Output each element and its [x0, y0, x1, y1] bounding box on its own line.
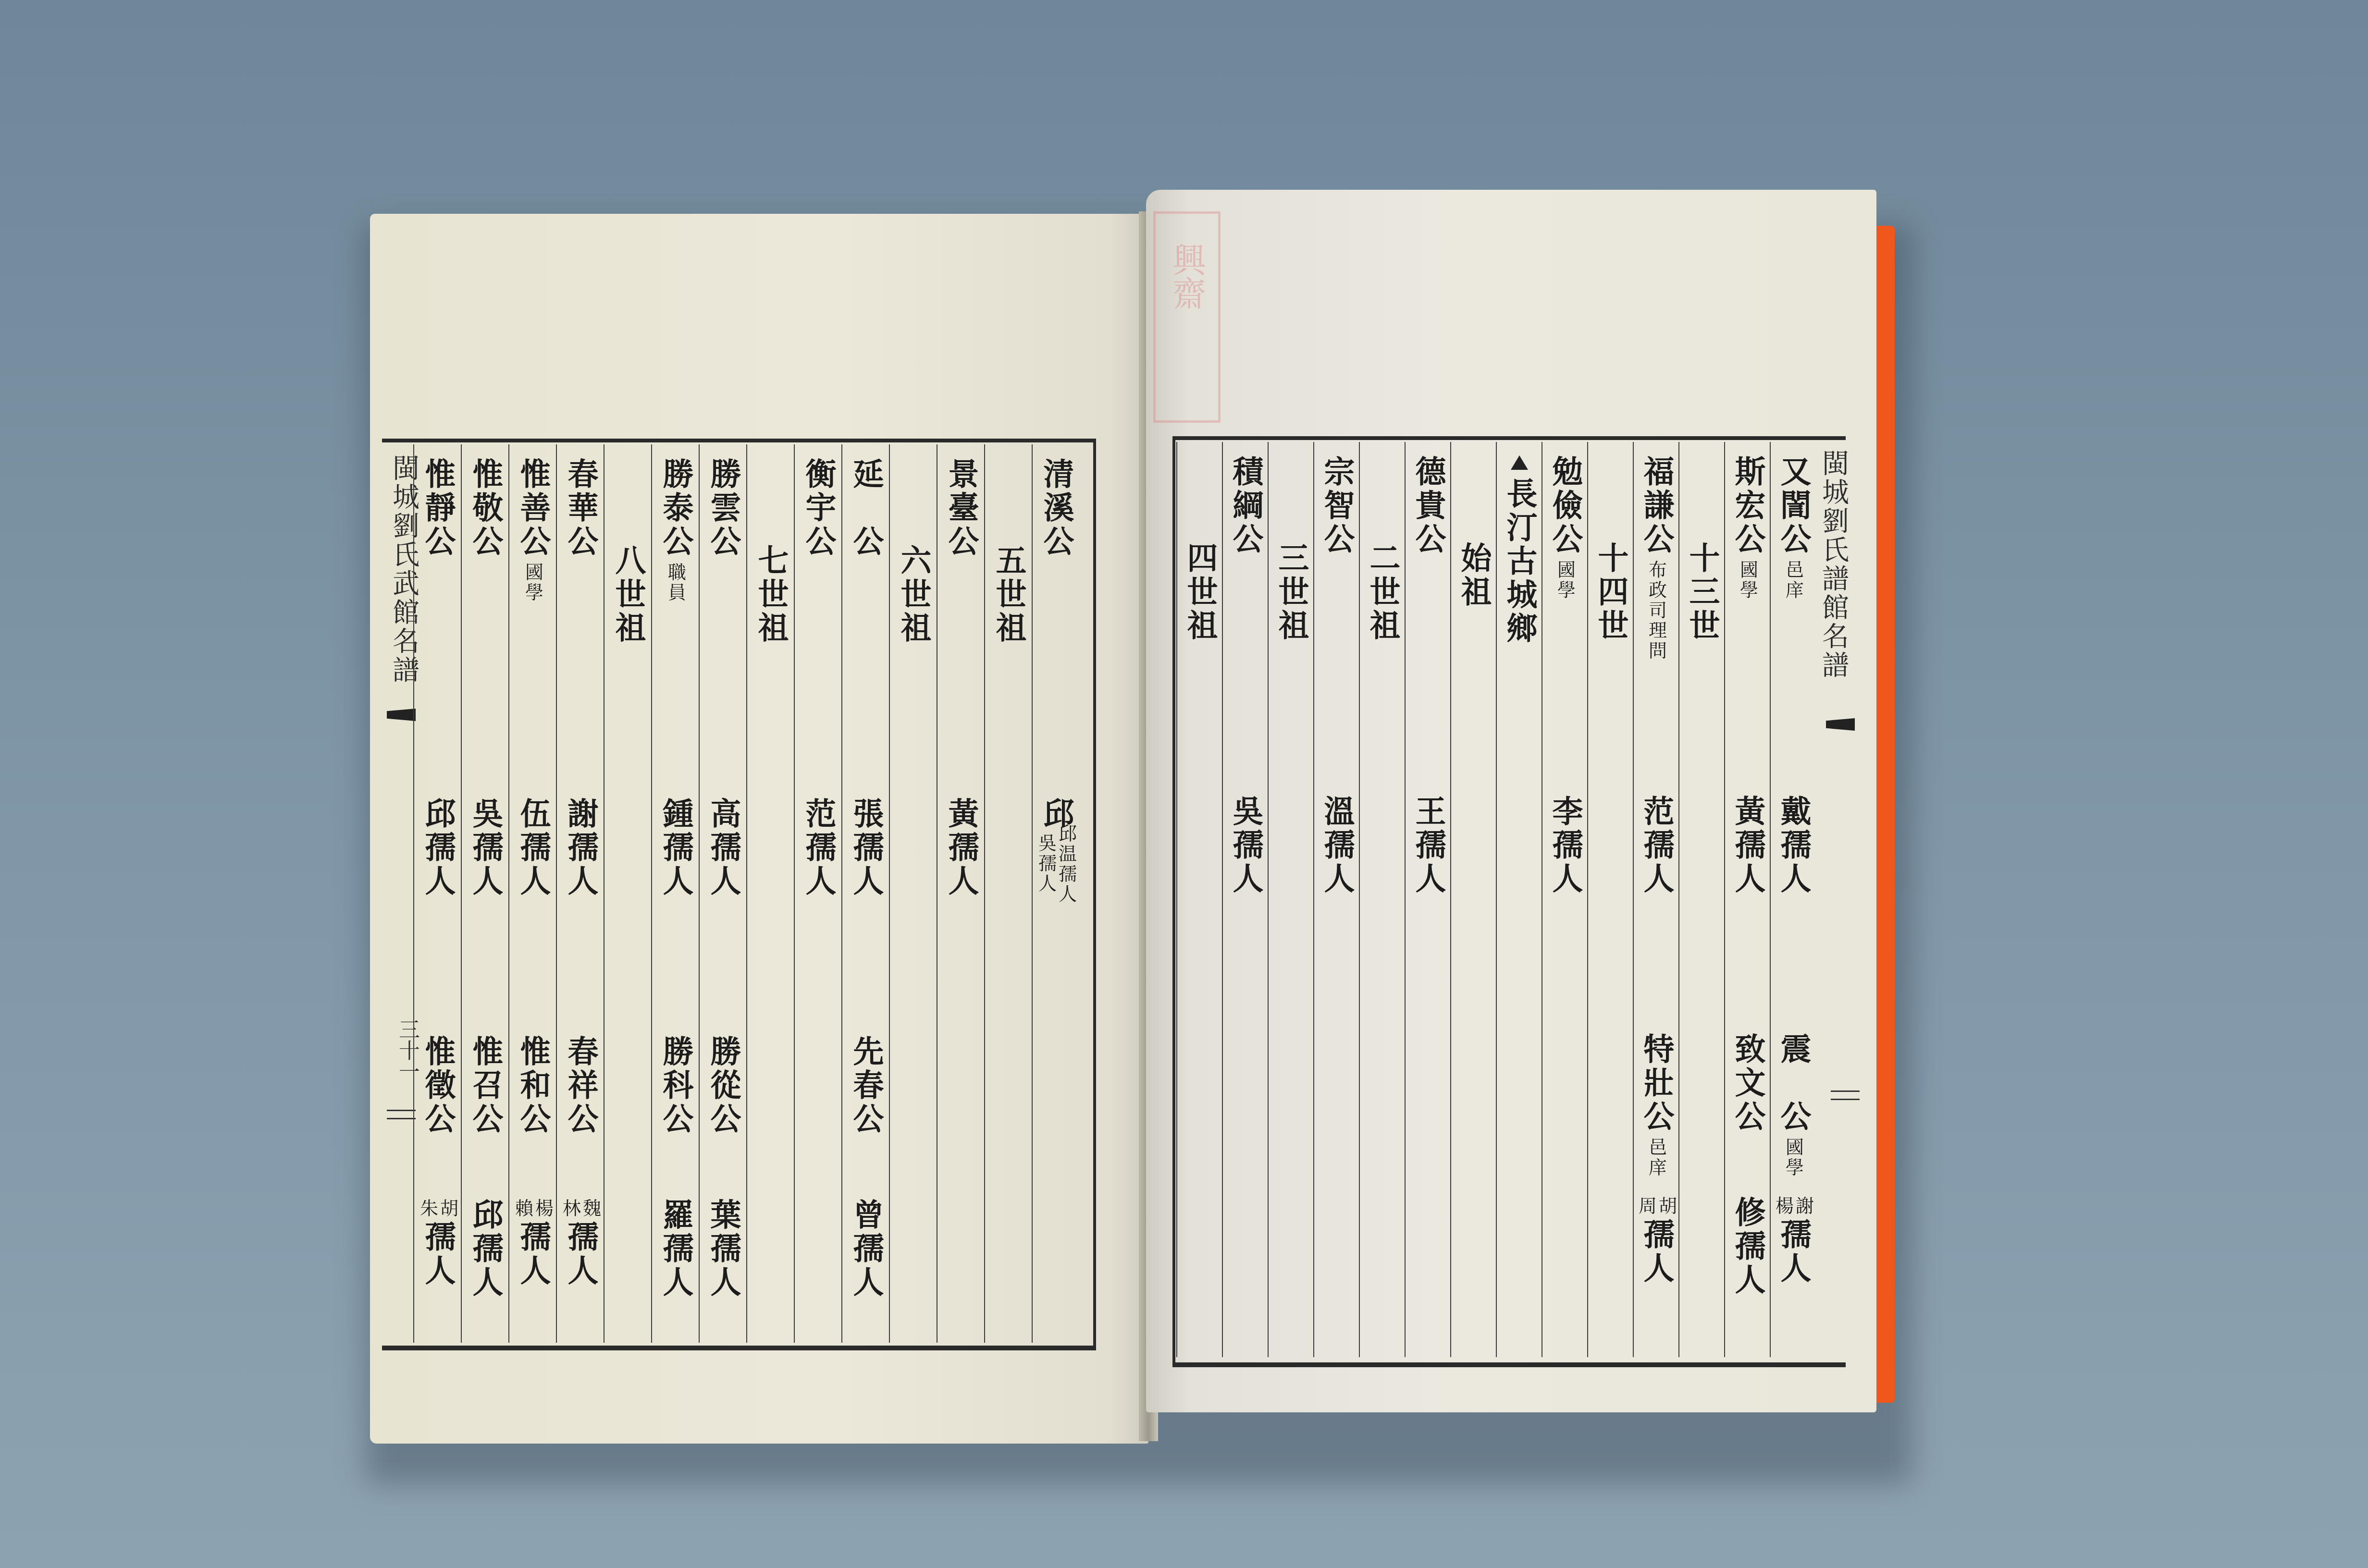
title-note: 布政司理問 — [1647, 560, 1665, 661]
ancestor-name: 清溪公 — [1041, 458, 1072, 559]
spouse-title: 孺人 — [565, 1221, 596, 1288]
entry-column: 又誾公 邑庠 戴孺人 震 公 國學 謝 楊 孺人 — [1770, 442, 1815, 1357]
spouse-title: 孺人 — [1778, 1218, 1809, 1286]
entry-column: 宗智公 溫孺人 — [1313, 442, 1359, 1357]
red-seal-stamp: 興齋 — [1153, 211, 1221, 423]
generation-column: 四世祖 — [1176, 442, 1222, 1357]
entry-column: 福謙公 布政司理問 范孺人 特壯公 邑庠 胡 周 孺人 — [1633, 442, 1678, 1357]
ancestor-name: 德貴公 — [1413, 455, 1443, 556]
entry-column: 景臺公 黃孺人 — [937, 444, 984, 1343]
ancestor-name: 惟敬公 — [470, 458, 501, 559]
generation-column: 十三世 — [1678, 442, 1724, 1357]
spouse-name: 范孺人 — [1641, 795, 1672, 896]
ancestor-name: 惟善公 — [518, 458, 548, 559]
spouse-name: 戴孺人 — [1778, 795, 1809, 896]
ancestor-name: 福謙公 — [1641, 455, 1672, 556]
spouse-surname: 周 — [1637, 1196, 1655, 1216]
descendant-name: 特壯公 — [1641, 1033, 1672, 1134]
spouse-title: 孺人 — [1641, 1218, 1672, 1286]
spouse-surname: 賴 — [514, 1199, 532, 1219]
descendant-name: 惟召公 — [470, 1035, 501, 1136]
title-note: 邑庠 — [1784, 560, 1802, 600]
spouse-name: 邱孺人 — [422, 797, 453, 898]
generation-label: 六世祖 — [898, 544, 929, 645]
descendant-name: 惟徵公 — [422, 1035, 453, 1136]
entry-column: 勝雲公 高孺人 勝從公 葉孺人 — [699, 444, 746, 1343]
spouse-name: 黃孺人 — [946, 797, 976, 898]
generation-label: 五世祖 — [993, 544, 1024, 645]
spouse-surname: 魏 — [581, 1199, 600, 1219]
double-rule-mark — [387, 1110, 416, 1119]
title-note: 國學 — [1556, 560, 1574, 600]
spouse-note: 邱温孺人 — [1057, 824, 1075, 905]
generation-column: 六世祖 — [889, 444, 937, 1343]
generation-label: 十四世 — [1595, 542, 1626, 643]
title-note: 職員 — [666, 563, 685, 603]
right-columns: 又誾公 邑庠 戴孺人 震 公 國學 謝 楊 孺人 斯宏公 國學 黃孺人 致文公 … — [1176, 442, 1815, 1357]
descendant-name: 春祥公 — [565, 1035, 596, 1136]
spouse-name: 王孺人 — [1413, 795, 1443, 896]
generation-column: 八世祖 — [604, 444, 651, 1343]
ancestor-name: 宗智公 — [1321, 455, 1352, 556]
spouse-name: 鍾孺人 — [660, 797, 691, 898]
entry-column: 延 公 張孺人 先春公 曾孺人 — [841, 444, 889, 1343]
generation-column: 二世祖 — [1359, 442, 1405, 1357]
generation-column: 始祖 — [1450, 442, 1496, 1357]
entry-column: 惟善公 國學 伍孺人 惟和公 楊 賴 孺人 — [508, 444, 556, 1343]
ancestor-name: 勝泰公 — [660, 458, 691, 559]
entry-column: 德貴公 王孺人 — [1405, 442, 1450, 1357]
place-column: 長汀古城鄉 — [1496, 442, 1542, 1357]
descendant-name: 先春公 — [851, 1035, 881, 1136]
generation-column: 三世祖 — [1268, 442, 1313, 1357]
generation-label: 三世祖 — [1276, 542, 1307, 643]
double-rule-mark — [1831, 1090, 1860, 1100]
place-name: 長汀古城鄉 — [1504, 478, 1535, 646]
descendant-name: 致文公 — [1732, 1033, 1763, 1134]
ancestor-name: 斯宏公 — [1732, 455, 1763, 556]
spouse-name: 高孺人 — [708, 797, 739, 898]
spouse-note: 吳孺人 — [1037, 833, 1055, 905]
generation-label: 七世祖 — [755, 544, 786, 645]
spouse-name: 溫孺人 — [1321, 795, 1352, 896]
spouse-name: 邱孺人 — [470, 1199, 501, 1299]
spouse-title: 孺人 — [422, 1221, 453, 1288]
ancestor-name: 惟靜公 — [422, 458, 453, 559]
spouse-surname: 胡 — [439, 1199, 457, 1219]
spouse-name: 葉孺人 — [708, 1199, 739, 1299]
right-gutter-title: 閩城劉氏譜館名譜 — [1814, 449, 1852, 680]
spouse-name: 李孺人 — [1550, 795, 1580, 896]
spouse-name: 伍孺人 — [518, 797, 548, 898]
left-columns: 清溪公 邱 邱温孺人 吳孺人 五世祖 景臺公 黃孺人 六世祖 延 公 張孺人 先… — [413, 444, 1079, 1343]
spouse-surname: 楊 — [1774, 1196, 1792, 1216]
spouse-name: 范孺人 — [803, 797, 834, 898]
spouse-surname: 林 — [561, 1199, 580, 1219]
title-note: 國學 — [1784, 1138, 1802, 1178]
ancestor-name: 春華公 — [565, 458, 596, 559]
entry-column: 惟靜公 邱孺人 惟徵公 胡 朱 孺人 — [413, 444, 461, 1343]
generation-label: 十三世 — [1687, 542, 1717, 643]
spouse-surname: 朱 — [419, 1199, 437, 1219]
spouse-surname: 楊 — [534, 1199, 552, 1219]
spouse-title: 孺人 — [518, 1221, 548, 1288]
title-note: 國學 — [524, 563, 542, 603]
ancestor-name: 勝雲公 — [708, 458, 739, 559]
generation-column: 十四世 — [1587, 442, 1633, 1357]
descendant-name: 惟和公 — [518, 1035, 548, 1136]
spouse-name: 曾孺人 — [851, 1199, 881, 1299]
title-note: 國學 — [1739, 560, 1757, 600]
spouse-surname: 胡 — [1657, 1196, 1676, 1216]
generation-label: 八世祖 — [613, 544, 643, 645]
entry-column: 勝泰公 職員 鍾孺人 勝科公 羅孺人 — [651, 444, 699, 1343]
ancestor-name: 勉儉公 — [1550, 455, 1580, 556]
generation-label: 四世祖 — [1184, 542, 1215, 643]
entry-column: 積綱公 吳孺人 — [1222, 442, 1268, 1357]
entry-column: 春華公 謝孺人 春祥公 魏 林 孺人 — [556, 444, 604, 1343]
entry-column: 勉儉公 國學 李孺人 — [1542, 442, 1587, 1357]
spouse-name: 謝孺人 — [565, 797, 596, 898]
descendant-name: 震 公 — [1778, 1033, 1809, 1134]
generation-column: 七世祖 — [746, 444, 794, 1343]
ancestor-name: 延 公 — [851, 458, 881, 559]
spouse-name: 羅孺人 — [660, 1199, 691, 1299]
ancestor-name: 又誾公 — [1778, 455, 1809, 556]
entry-column: 清溪公 邱 邱温孺人 吳孺人 — [1032, 444, 1079, 1343]
entry-column: 衡宇公 范孺人 — [794, 444, 841, 1343]
descendant-name: 勝科公 — [660, 1035, 691, 1136]
generation-label: 二世祖 — [1367, 542, 1398, 643]
spouse-name: 吳孺人 — [470, 797, 501, 898]
title-note: 邑庠 — [1647, 1138, 1665, 1178]
triangle-marker-icon — [1511, 455, 1528, 470]
ancestor-name: 景臺公 — [946, 458, 976, 559]
entry-column: 斯宏公 國學 黃孺人 致文公 修孺人 — [1724, 442, 1770, 1357]
ancestor-name: 積綱公 — [1230, 455, 1261, 556]
generation-label: 始祖 — [1458, 542, 1489, 609]
spouse-name: 黃孺人 — [1732, 795, 1763, 896]
spouse-name: 修孺人 — [1732, 1196, 1763, 1297]
generation-column: 五世祖 — [984, 444, 1032, 1343]
descendant-name: 勝從公 — [708, 1035, 739, 1136]
spouse-surname: 謝 — [1794, 1196, 1813, 1216]
seal-text: 興齋 — [1163, 243, 1211, 310]
entry-column: 惟敬公 吳孺人 惟召公 邱孺人 — [461, 444, 508, 1343]
ancestor-name: 衡宇公 — [803, 458, 834, 559]
spouse-name: 吳孺人 — [1230, 795, 1261, 896]
spouse-name: 張孺人 — [851, 797, 881, 898]
